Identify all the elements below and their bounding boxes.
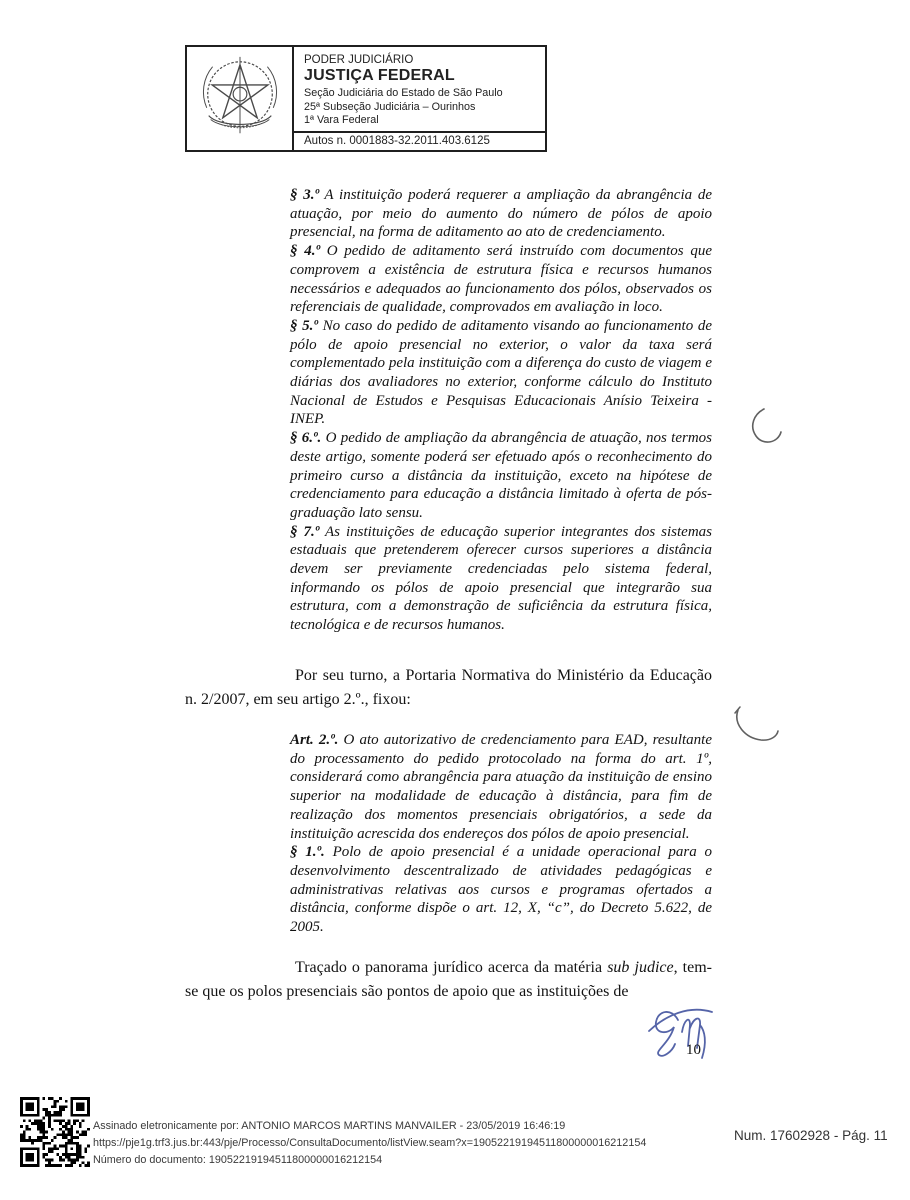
pen-mark-icon [748, 406, 788, 459]
quote-paragraph: § 1.º. Polo de apoio presencial é a unid… [290, 843, 712, 937]
paragraph-label: Art. 2.º. [290, 732, 338, 748]
statute-quote-block-2: Art. 2.º. O ato autorizativo de credenci… [290, 731, 712, 937]
paragraph-text: As instituições de educação superior int… [290, 524, 712, 634]
paragraph-text: O ato autorizativo de credenciamento par… [290, 732, 712, 842]
signed-by-line: Assinado eletronicamente por: ANTONIO MA… [93, 1118, 646, 1135]
paragraph-text: Polo de apoio presencial é a unidade ope… [290, 844, 712, 935]
quote-paragraph: Art. 2.º. O ato autorizativo de credenci… [290, 731, 712, 843]
page-number: 10 [686, 1042, 701, 1059]
court-letterhead: PODER JUDICIÁRIO JUSTIÇA FEDERAL Seção J… [185, 45, 547, 152]
quote-paragraph: § 6.º. O pedido de ampliação da abrangên… [290, 429, 712, 523]
body-paragraph-1: Por seu turno, a Portaria Normativa do M… [185, 664, 712, 711]
coat-of-arms-icon [187, 47, 294, 150]
paragraph-text: Traçado o panorama jurídico acerca da ma… [295, 959, 602, 976]
paragraph-label: § 1.º. [290, 844, 325, 860]
statute-quote-block-1: § 3.º A instituição poderá requerer a am… [290, 186, 712, 635]
pen-mark-icon [727, 693, 791, 770]
body-paragraph-2: Traçado o panorama jurídico acerca da ma… [185, 956, 712, 1003]
letterhead-subsection: 25ª Subseção Judiciária – Ourinhos [304, 101, 539, 115]
signature-footer: Assinado eletronicamente por: ANTONIO MA… [93, 1118, 646, 1169]
signature-rubric-icon [644, 1002, 716, 1065]
qr-code-icon [20, 1097, 90, 1167]
verification-url-line: https://pje1g.trf3.jus.br:443/pje/Proces… [93, 1135, 646, 1152]
quote-paragraph: § 7.º As instituições de educação superi… [290, 523, 712, 635]
paragraph-text: No caso do pedido de aditamento visando … [290, 318, 712, 428]
case-number: Autos n. 0001883-32.2011.403.6125 [294, 131, 545, 150]
quote-paragraph: § 3.º A instituição poderá requerer a am… [290, 186, 712, 242]
latin-term: sub judice [607, 959, 673, 976]
quote-paragraph: § 4.º O pedido de aditamento será instru… [290, 242, 712, 317]
pje-page-reference: Num. 17602928 - Pág. 11 [734, 1128, 888, 1143]
paragraph-label: § 7.º [290, 524, 319, 540]
quote-paragraph: § 5.º No caso do pedido de aditamento vi… [290, 317, 712, 429]
document-page: PODER JUDICIÁRIO JUSTIÇA FEDERAL Seção J… [0, 0, 910, 1200]
letterhead-vara: 1ª Vara Federal [304, 114, 539, 128]
paragraph-label: § 5.º [290, 318, 318, 334]
paragraph-text: O pedido de ampliação da abrangência de … [290, 430, 712, 521]
paragraph-label: § 6.º. [290, 430, 321, 446]
letterhead-court: JUSTIÇA FEDERAL [304, 67, 539, 85]
paragraph-text: O pedido de aditamento será instruído co… [290, 243, 712, 315]
document-number-line: Número do documento: 1905221919451180000… [93, 1152, 646, 1169]
letterhead-section: Seção Judiciária do Estado de São Paulo [304, 87, 539, 101]
paragraph-label: § 3.º [290, 187, 319, 203]
letterhead-branch: PODER JUDICIÁRIO [304, 54, 539, 66]
paragraph-label: § 4.º [290, 243, 320, 259]
paragraph-text: A instituição poderá requerer a ampliaçã… [290, 187, 712, 240]
letterhead-text: PODER JUDICIÁRIO JUSTIÇA FEDERAL Seção J… [294, 47, 545, 150]
